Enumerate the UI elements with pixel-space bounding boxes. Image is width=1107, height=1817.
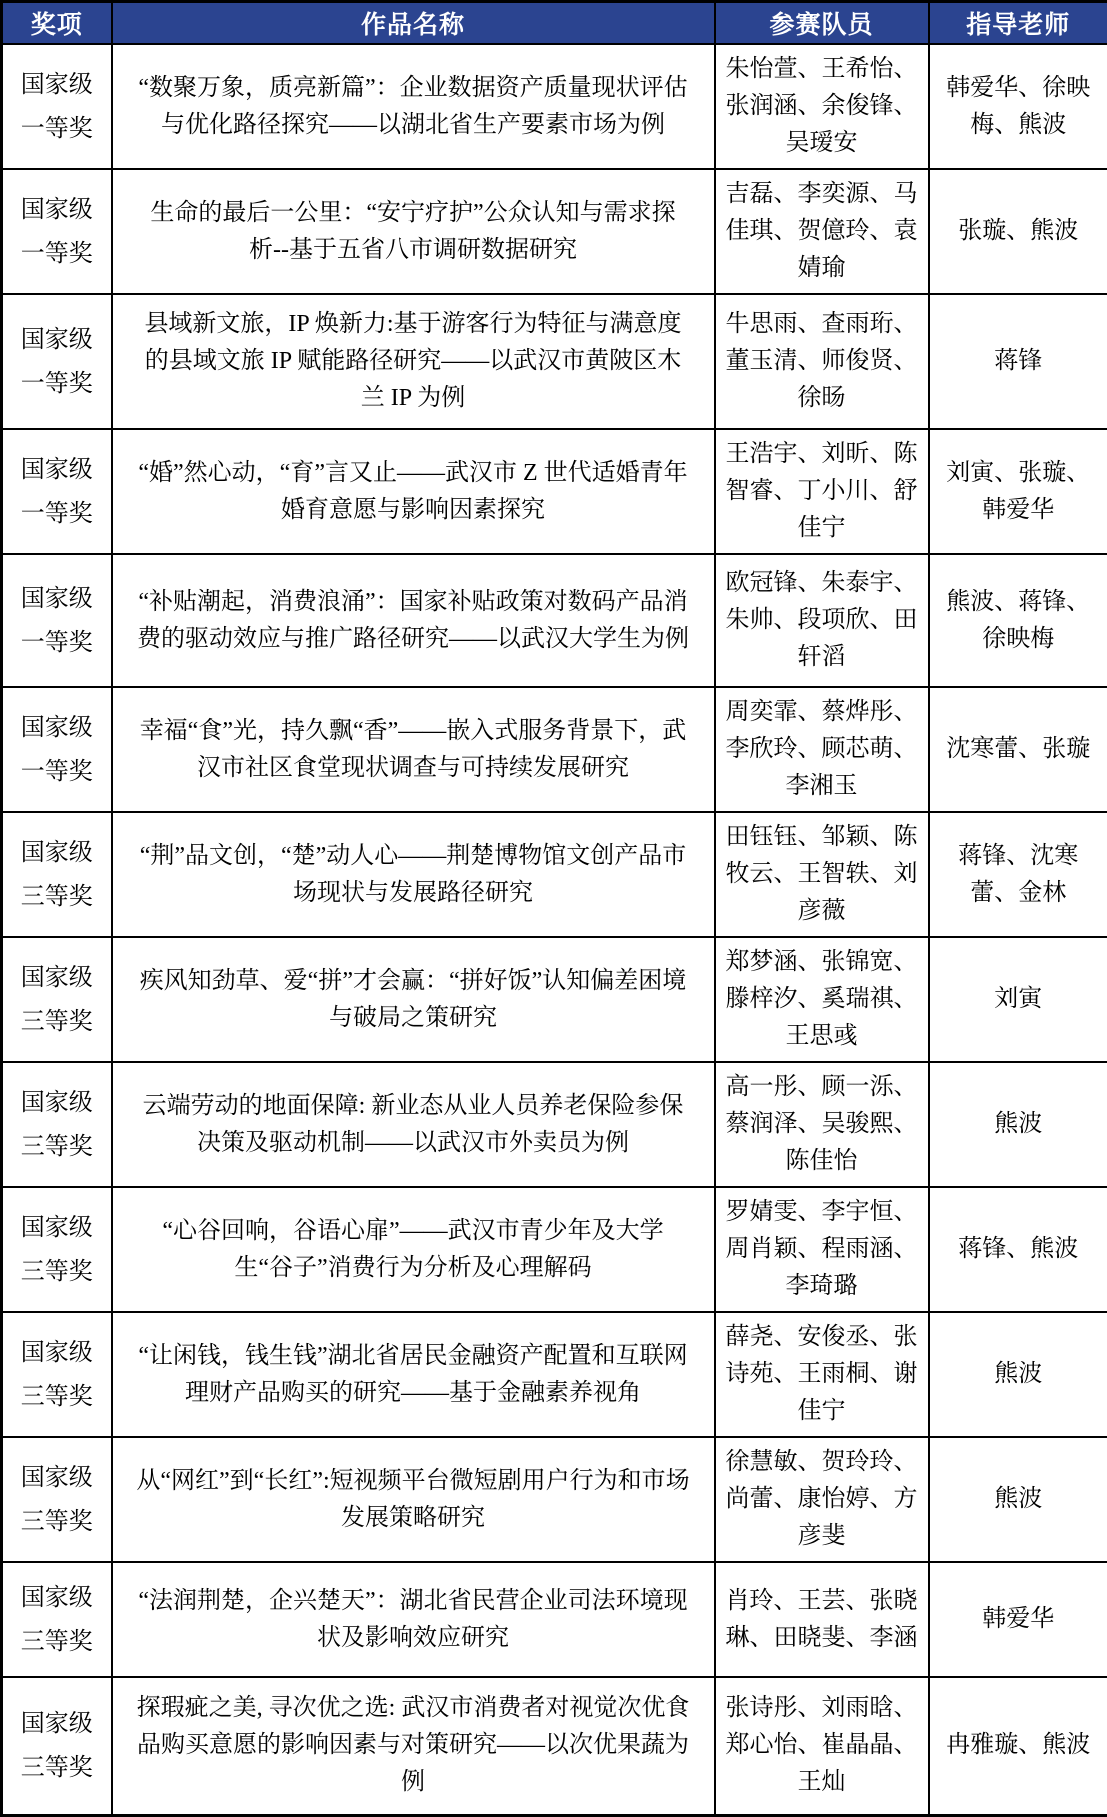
advisors-cell: 沈寒蕾、张璇 bbox=[929, 687, 1107, 812]
team-members-cell: 周奕霏、蔡烨彤、李欣玲、顾芯萌、李湘玉 bbox=[715, 687, 929, 812]
column-header-teachers: 指导老师 bbox=[929, 2, 1107, 45]
table-row: 国家级三等奖 探瑕疵之美, 寻次优之选: 武汉市消费者对视觉次优食品购买意愿的影… bbox=[2, 1677, 1107, 1815]
work-title-cell: “补贴潮起，消费浪涌”：国家补贴政策对数码产品消费的驱动效应与推广路径研究——以… bbox=[112, 554, 715, 687]
award-cell: 国家级一等奖 bbox=[2, 429, 112, 554]
table-body: 国家级一等奖 “数聚万象，质亮新篇”：企业数据资产质量现状评估与优化路径探究——… bbox=[2, 44, 1107, 1815]
team-members-cell: 肖玲、王芸、张晓琳、田晓斐、李涵 bbox=[715, 1562, 929, 1677]
work-title-cell: “荆”品文创，“楚”动人心——荆楚博物馆文创产品市场现状与发展路径研究 bbox=[112, 812, 715, 937]
advisors-cell: 刘寅、张璇、韩爱华 bbox=[929, 429, 1107, 554]
award-cell: 国家级三等奖 bbox=[2, 1312, 112, 1437]
award-cell: 国家级一等奖 bbox=[2, 294, 112, 429]
award-cell: 国家级一等奖 bbox=[2, 169, 112, 294]
work-title-cell: 从“网红”到“长红”:短视频平台微短剧用户行为和市场发展策略研究 bbox=[112, 1437, 715, 1562]
award-cell: 国家级三等奖 bbox=[2, 1437, 112, 1562]
advisors-cell: 韩爱华 bbox=[929, 1562, 1107, 1677]
award-label: 国家级三等奖 bbox=[21, 1331, 93, 1419]
award-label: 国家级三等奖 bbox=[21, 1206, 93, 1294]
table-row: 国家级三等奖 “心谷回响，谷语心扉”——武汉市青少年及大学生“谷子”消费行为分析… bbox=[2, 1187, 1107, 1312]
award-label: 国家级三等奖 bbox=[21, 831, 93, 919]
award-label: 国家级三等奖 bbox=[21, 1081, 93, 1169]
advisors-cell: 刘寅 bbox=[929, 937, 1107, 1062]
advisors-cell: 熊波 bbox=[929, 1312, 1107, 1437]
work-title-cell: “让闲钱，钱生钱”湖北省居民金融资产配置和互联网理财产品购买的研究——基于金融素… bbox=[112, 1312, 715, 1437]
award-cell: 国家级三等奖 bbox=[2, 1062, 112, 1187]
table-row: 国家级三等奖 “让闲钱，钱生钱”湖北省居民金融资产配置和互联网理财产品购买的研究… bbox=[2, 1312, 1107, 1437]
advisors-cell: 蒋锋 bbox=[929, 294, 1107, 429]
team-members-cell: 郑梦涵、张锦宽、滕梓汐、奚瑞祺、王思彧 bbox=[715, 937, 929, 1062]
award-label: 国家级一等奖 bbox=[21, 448, 93, 536]
team-members-cell: 薛尧、安俊丞、张诗苑、王雨桐、谢佳宁 bbox=[715, 1312, 929, 1437]
table-row: 国家级三等奖 “荆”品文创，“楚”动人心——荆楚博物馆文创产品市场现状与发展路径… bbox=[2, 812, 1107, 937]
award-label: 国家级三等奖 bbox=[21, 1576, 93, 1664]
team-members-cell: 欧冠锋、朱泰宇、朱帅、段项欣、田轩滔 bbox=[715, 554, 929, 687]
table-row: 国家级三等奖 从“网红”到“长红”:短视频平台微短剧用户行为和市场发展策略研究 … bbox=[2, 1437, 1107, 1562]
column-header-award: 奖项 bbox=[2, 2, 112, 45]
awards-table: 奖项 作品名称 参赛队员 指导老师 国家级一等奖 “数聚万象，质亮新篇”：企业数… bbox=[0, 0, 1107, 1817]
team-members-cell: 田钰钰、邹颖、陈牧云、王智轶、刘彦薇 bbox=[715, 812, 929, 937]
award-label: 国家级三等奖 bbox=[21, 1702, 93, 1790]
award-label: 国家级一等奖 bbox=[21, 318, 93, 406]
table-header: 奖项 作品名称 参赛队员 指导老师 bbox=[2, 2, 1107, 45]
work-title-cell: 疾风知劲草、爱“拼”才会赢：“拼好饭”认知偏差困境与破局之策研究 bbox=[112, 937, 715, 1062]
award-cell: 国家级一等奖 bbox=[2, 44, 112, 169]
award-cell: 国家级三等奖 bbox=[2, 1562, 112, 1677]
work-title-cell: 幸福“食”光，持久飘“香”——嵌入式服务背景下，武汉市社区食堂现状调查与可持续发… bbox=[112, 687, 715, 812]
column-header-members: 参赛队员 bbox=[715, 2, 929, 45]
advisors-cell: 蒋锋、沈寒蕾、金林 bbox=[929, 812, 1107, 937]
award-label: 国家级一等奖 bbox=[21, 706, 93, 794]
work-title-cell: 云端劳动的地面保障: 新业态从业人员养老保险参保决策及驱动机制——以武汉市外卖员… bbox=[112, 1062, 715, 1187]
award-label: 国家级一等奖 bbox=[21, 188, 93, 276]
table-row: 国家级一等奖 幸福“食”光，持久飘“香”——嵌入式服务背景下，武汉市社区食堂现状… bbox=[2, 687, 1107, 812]
table-row: 国家级三等奖 “法润荆楚，企兴楚天”：湖北省民营企业司法环境现状及影响效应研究 … bbox=[2, 1562, 1107, 1677]
work-title-cell: 生命的最后一公里：“安宁疗护”公众认知与需求探析--基于五省八市调研数据研究 bbox=[112, 169, 715, 294]
award-label: 国家级三等奖 bbox=[21, 1456, 93, 1544]
team-members-cell: 朱怡萱、王希怡、张润涵、余俊锋、吴瑷安 bbox=[715, 44, 929, 169]
work-title-cell: “法润荆楚，企兴楚天”：湖北省民营企业司法环境现状及影响效应研究 bbox=[112, 1562, 715, 1677]
award-cell: 国家级三等奖 bbox=[2, 1677, 112, 1815]
award-label: 国家级三等奖 bbox=[21, 956, 93, 1044]
header-row: 奖项 作品名称 参赛队员 指导老师 bbox=[2, 2, 1107, 45]
advisors-cell: 张璇、熊波 bbox=[929, 169, 1107, 294]
table-row: 国家级一等奖 “补贴潮起，消费浪涌”：国家补贴政策对数码产品消费的驱动效应与推广… bbox=[2, 554, 1107, 687]
work-title-cell: 探瑕疵之美, 寻次优之选: 武汉市消费者对视觉次优食品购买意愿的影响因素与对策研… bbox=[112, 1677, 715, 1815]
table-row: 国家级三等奖 疾风知劲草、爱“拼”才会赢：“拼好饭”认知偏差困境与破局之策研究 … bbox=[2, 937, 1107, 1062]
table-row: 国家级一等奖 “婚”然心动，“育”言又止——武汉市 Z 世代适婚青年婚育意愿与影… bbox=[2, 429, 1107, 554]
team-members-cell: 高一彤、顾一泺、蔡润泽、吴骏熙、陈佳怡 bbox=[715, 1062, 929, 1187]
award-cell: 国家级三等奖 bbox=[2, 1187, 112, 1312]
work-title-cell: 县域新文旅，IP 焕新力:基于游客行为特征与满意度的县域文旅 IP 赋能路径研究… bbox=[112, 294, 715, 429]
table-row: 国家级一等奖 生命的最后一公里：“安宁疗护”公众认知与需求探析--基于五省八市调… bbox=[2, 169, 1107, 294]
award-label: 国家级一等奖 bbox=[21, 63, 93, 151]
work-title-cell: “数聚万象，质亮新篇”：企业数据资产质量现状评估与优化路径探究——以湖北省生产要… bbox=[112, 44, 715, 169]
team-members-cell: 张诗彤、刘雨晗、郑心怡、崔晶晶、王灿 bbox=[715, 1677, 929, 1815]
advisors-cell: 韩爱华、徐映梅、熊波 bbox=[929, 44, 1107, 169]
table-row: 国家级三等奖 云端劳动的地面保障: 新业态从业人员养老保险参保决策及驱动机制——… bbox=[2, 1062, 1107, 1187]
team-members-cell: 吉磊、李奕源、马佳琪、贺億玲、袁婧瑜 bbox=[715, 169, 929, 294]
award-cell: 国家级三等奖 bbox=[2, 937, 112, 1062]
work-title-cell: “婚”然心动，“育”言又止——武汉市 Z 世代适婚青年婚育意愿与影响因素探究 bbox=[112, 429, 715, 554]
column-header-title: 作品名称 bbox=[112, 2, 715, 45]
table-row: 国家级一等奖 “数聚万象，质亮新篇”：企业数据资产质量现状评估与优化路径探究——… bbox=[2, 44, 1107, 169]
advisors-cell: 熊波、蒋锋、徐映梅 bbox=[929, 554, 1107, 687]
team-members-cell: 徐慧敏、贺玲玲、尚蕾、康怡婷、方彦斐 bbox=[715, 1437, 929, 1562]
team-members-cell: 王浩宇、刘昕、陈智睿、丁小川、舒佳宁 bbox=[715, 429, 929, 554]
advisors-cell: 冉雅璇、熊波 bbox=[929, 1677, 1107, 1815]
work-title-cell: “心谷回响，谷语心扉”——武汉市青少年及大学生“谷子”消费行为分析及心理解码 bbox=[112, 1187, 715, 1312]
table-row: 国家级一等奖 县域新文旅，IP 焕新力:基于游客行为特征与满意度的县域文旅 IP… bbox=[2, 294, 1107, 429]
advisors-cell: 熊波 bbox=[929, 1437, 1107, 1562]
advisors-cell: 熊波 bbox=[929, 1062, 1107, 1187]
advisors-cell: 蒋锋、熊波 bbox=[929, 1187, 1107, 1312]
award-cell: 国家级一等奖 bbox=[2, 554, 112, 687]
team-members-cell: 牛思雨、查雨珩、董玉清、师俊贤、徐旸 bbox=[715, 294, 929, 429]
award-cell: 国家级一等奖 bbox=[2, 687, 112, 812]
team-members-cell: 罗婧雯、李宇恒、周肖颖、程雨涵、李琦璐 bbox=[715, 1187, 929, 1312]
award-cell: 国家级三等奖 bbox=[2, 812, 112, 937]
award-label: 国家级一等奖 bbox=[21, 577, 93, 665]
